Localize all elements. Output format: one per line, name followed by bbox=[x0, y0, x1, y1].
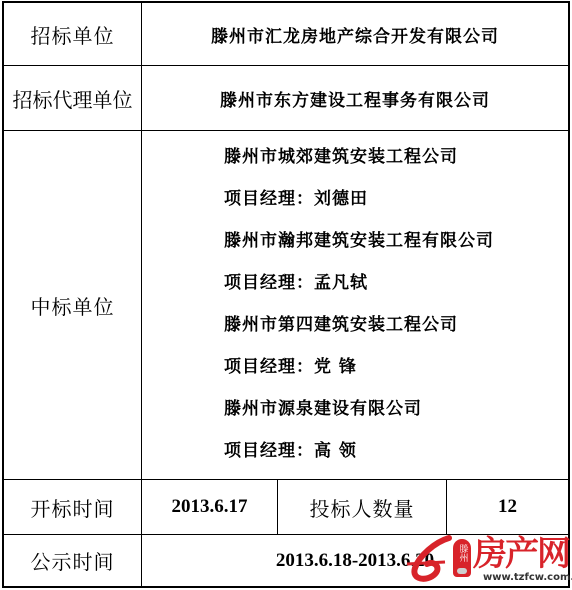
tenderer-label: 招标单位 bbox=[4, 3, 141, 65]
bidders-count-value: 12 bbox=[447, 480, 568, 534]
opening-time-value: 2013.6.17 bbox=[142, 480, 277, 534]
publicity-time-value: 2013.6.18-2013.6.20 bbox=[142, 535, 568, 586]
bidders-count-label: 投标人数量 bbox=[278, 480, 446, 534]
opening-time-label: 开标时间 bbox=[4, 480, 141, 534]
project-manager: 项目经理：刘德田 bbox=[224, 182, 494, 224]
agent-label: 招标代理单位 bbox=[4, 66, 141, 130]
winner-company: 滕州市源泉建设有限公司 bbox=[224, 392, 494, 434]
winners-label: 中标单位 bbox=[4, 131, 141, 479]
project-manager: 项目经理：党 锋 bbox=[224, 350, 494, 392]
winner-company: 滕州市瀚邦建筑安装工程有限公司 bbox=[224, 224, 494, 266]
agent-value: 滕州市东方建设工程事务有限公司 bbox=[142, 66, 568, 130]
project-manager: 项目经理：孟凡轼 bbox=[224, 266, 494, 308]
tenderer-value: 滕州市汇龙房地产综合开发有限公司 bbox=[142, 3, 568, 65]
winners-list: 滕州市城郊建筑安装工程公司 项目经理：刘德田 滕州市瀚邦建筑安装工程有限公司 项… bbox=[224, 140, 494, 476]
project-manager: 项目经理：高 领 bbox=[224, 434, 494, 476]
publicity-time-label: 公示时间 bbox=[4, 535, 141, 586]
winner-company: 滕州市城郊建筑安装工程公司 bbox=[224, 140, 494, 182]
winner-company: 滕州市第四建筑安装工程公司 bbox=[224, 308, 494, 350]
